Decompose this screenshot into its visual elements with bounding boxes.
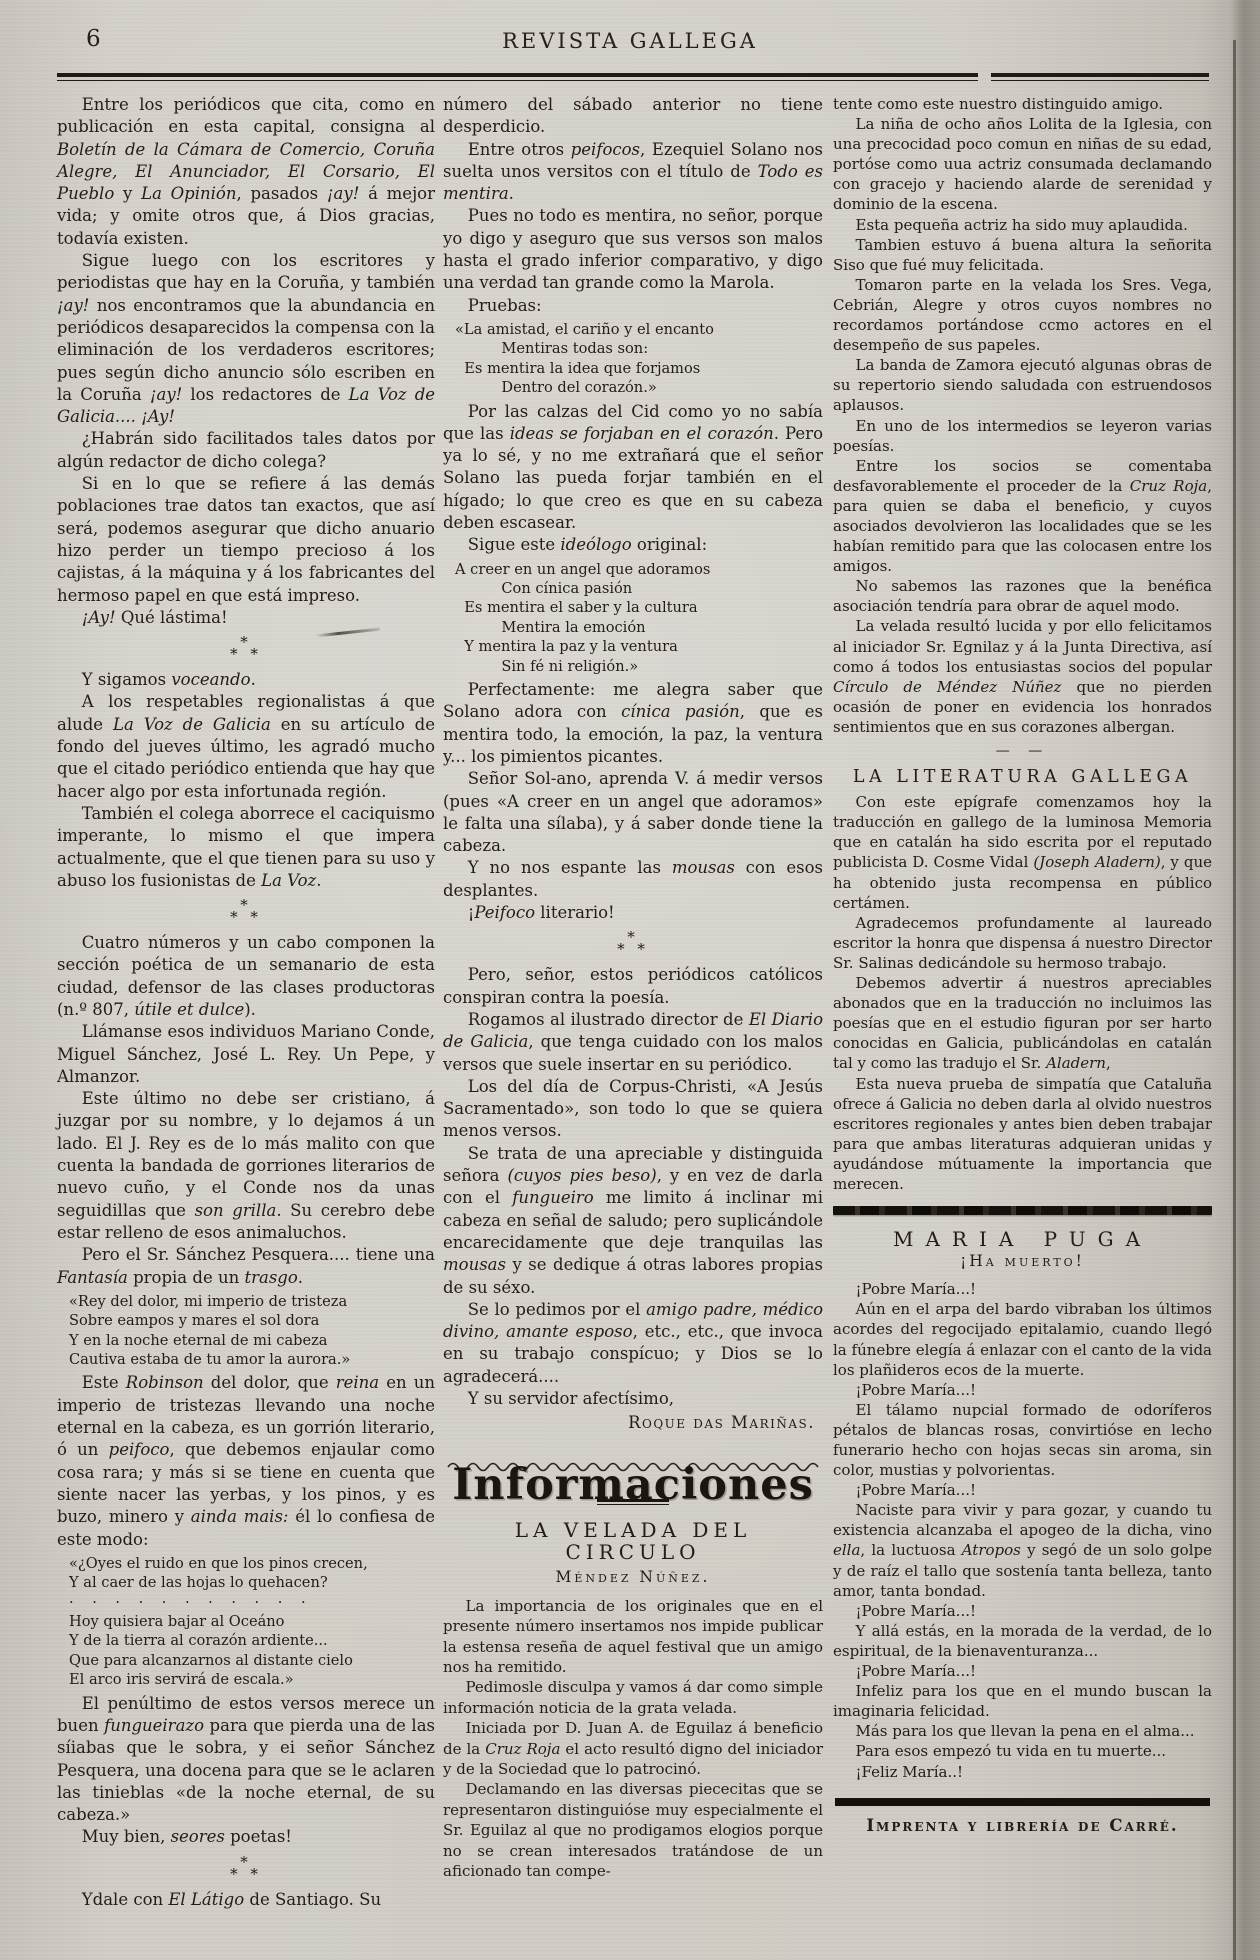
- imprint-line: Imprenta y librería de Carré.: [833, 1816, 1212, 1836]
- paragraph: La importancia de los originales que en …: [443, 1596, 823, 1678]
- paragraph: Sigue luego con los escritores y periodi…: [57, 250, 435, 428]
- paragraph: Cuatro números y un cabo componen la sec…: [57, 932, 435, 1021]
- paragraph: ¡Pobre María...!: [833, 1279, 1212, 1299]
- paragraph-continuation: tente como este nuestro distinguido amig…: [833, 94, 1212, 114]
- asterism-separator: ** *: [57, 1856, 435, 1880]
- paragraph: El penúltimo de estos versos merece un b…: [57, 1693, 435, 1827]
- paragraph: Infeliz para los que en el mundo buscan …: [833, 1681, 1212, 1721]
- paragraph: Más para los que llevan la pena en el al…: [833, 1721, 1212, 1741]
- paragraph: ¡Pobre María...!: [833, 1380, 1212, 1400]
- asterism-separator: ** *: [443, 931, 823, 955]
- paragraph: La banda de Zamora ejecutó algunas obras…: [833, 355, 1212, 415]
- paragraph: ¡Pobre María...!: [833, 1661, 1212, 1681]
- mottled-rule: [833, 1206, 1212, 1215]
- paragraph: Rogamos al ilustrado director de El Diar…: [443, 1009, 823, 1076]
- paragraph: ¡Feliz María..!: [833, 1762, 1212, 1782]
- paragraph: Esta nueva prueba de simpatía que Catalu…: [833, 1074, 1212, 1195]
- paragraph: Ydale con El Látigo de Santiago. Su: [57, 1889, 435, 1911]
- paragraph: Esta pequeña actriz ha sido muy aplaudid…: [833, 215, 1212, 235]
- page-edge-shadow: [1230, 0, 1260, 1960]
- paragraph: Señor Sol-ano, aprenda V. á medir versos…: [443, 768, 823, 857]
- paragraph: Con este epígrafe comenzamos hoy la trad…: [833, 792, 1212, 913]
- paragraph: No sabemos las razones que la benéfica a…: [833, 576, 1212, 616]
- paragraph: ¿Habrán sido facilitados tales datos por…: [57, 428, 435, 473]
- paragraph: Entre los socios se comentaba desfavorab…: [833, 456, 1212, 577]
- verse-lines: A creer en un angel que adoramos Con cín…: [455, 560, 823, 676]
- paragraph: El tálamo nupcial formado de odoríferos …: [833, 1400, 1212, 1480]
- signature: Roque das Mariñas.: [443, 1412, 823, 1434]
- paragraph: Naciste para vivir y para gozar, y cuand…: [833, 1500, 1212, 1600]
- paragraph: Se lo pedimos por el amigo padre, médico…: [443, 1299, 823, 1388]
- paragraph: Muy bien, seores poetas!: [57, 1826, 435, 1848]
- paragraph: Pues no todo es mentira, no señor, porqu…: [443, 205, 823, 294]
- thick-rule: [835, 1798, 1210, 1806]
- paragraph: Los del día de Corpus-Christi, «A Jesús …: [443, 1076, 823, 1143]
- paragraph: Se trata de una apreciable y distinguida…: [443, 1143, 823, 1299]
- paragraph: ¡Pobre María...!: [833, 1480, 1212, 1500]
- paragraph: ¡Pobre María...!: [833, 1601, 1212, 1621]
- paragraph: Y su servidor afectísimo,: [443, 1388, 823, 1410]
- paragraph: También el colega aborrece el caciquismo…: [57, 803, 435, 892]
- paragraph: Pero, señor, estos periódicos católicos …: [443, 964, 823, 1009]
- paragraph: Pedimosle disculpa y vamos á dar como si…: [443, 1677, 823, 1718]
- paragraph: Iniciada por D. Juan A. de Eguilaz á ben…: [443, 1718, 823, 1779]
- verse-lines: «¿Oyes el ruido en que los pinos crecen,…: [69, 1554, 435, 1690]
- verse-lines: «La amistad, el cariño y el encanto Ment…: [455, 320, 823, 398]
- text-column-3: tente como este nuestro distinguido amig…: [833, 94, 1212, 1836]
- article-subheading: ¡Ha muerto!: [833, 1251, 1212, 1271]
- section-display-heading: Informaciones: [443, 1474, 823, 1496]
- paragraph: En uno de los intermedios se leyeron var…: [833, 416, 1212, 456]
- article-heading: MARIA PUGA: [833, 1229, 1212, 1249]
- paragraph: Por las calzas del Cid como yo no sabía …: [443, 401, 823, 535]
- paragraph: Debemos advertir á nuestros apreciables …: [833, 973, 1212, 1073]
- paragraph: Llámanse esos individuos Mariano Conde, …: [57, 1021, 435, 1088]
- paragraph-continuation: número del sábado anterior no tiene desp…: [443, 94, 823, 139]
- text-column-1: Entre los periódicos que cita, como en p…: [57, 94, 435, 1911]
- paragraph: La velada resultó lucida y por ello feli…: [833, 616, 1212, 737]
- dash-rule: — —: [833, 741, 1212, 761]
- paragraph: Sigue este ideólogo original:: [443, 534, 823, 556]
- paragraph: Declamando en las diversas piececitas qu…: [443, 1779, 823, 1881]
- paragraph: Agradecemos profundamente al laureado es…: [833, 913, 1212, 973]
- paragraph: Y allá estás, en la morada de la verdad,…: [833, 1621, 1212, 1661]
- text-column-2: número del sábado anterior no tiene desp…: [443, 94, 823, 1881]
- article-heading: LA LITERATURA GALLEGA: [833, 767, 1212, 787]
- article-subheading: Méndez Núñez.: [443, 1566, 823, 1588]
- paragraph: Y sigamos voceando.: [57, 669, 435, 691]
- article-heading: LA VELADA DEL CIRCULO: [443, 1519, 823, 1564]
- asterism-separator: ** *: [57, 899, 435, 923]
- paragraph: Pruebas:: [443, 295, 823, 317]
- paragraph: ¡Ay! Qué lástima!: [57, 607, 435, 629]
- header-rule-left: [57, 73, 978, 81]
- newspaper-title: REVISTA GALLEGA: [0, 29, 1260, 53]
- paragraph: Pero el Sr. Sánchez Pesquera.... tiene u…: [57, 1244, 435, 1289]
- paragraph: Este último no debe ser cristiano, á juz…: [57, 1088, 435, 1244]
- asterism-separator: ** *: [57, 636, 435, 660]
- paragraph: Este Robinson del dolor, que reina en un…: [57, 1372, 435, 1550]
- paragraph: ¡Peifoco literario!: [443, 902, 823, 924]
- paragraph: Tambien estuvo á buena altura la señorit…: [833, 235, 1212, 275]
- paragraph: Perfectamente: me alegra saber que Solan…: [443, 679, 823, 768]
- paragraph: Y no nos espante las mousas con esos des…: [443, 857, 823, 902]
- header-rule-right: [991, 73, 1209, 81]
- paragraph: Para esos empezó tu vida en tu muerte...: [833, 1741, 1212, 1761]
- paragraph: Tomaron parte en la velada los Sres. Veg…: [833, 275, 1212, 355]
- paragraph: Aún en el arpa del bardo vibraban los úl…: [833, 1299, 1212, 1379]
- paragraph: Si en lo que se refiere á las demás pobl…: [57, 473, 435, 607]
- paragraph: Entre los periódicos que cita, como en p…: [57, 94, 435, 250]
- paragraph: La niña de ocho años Lolita de la Iglesi…: [833, 114, 1212, 214]
- paragraph: Entre otros peifocos, Ezequiel Solano no…: [443, 139, 823, 206]
- verse-lines: «Rey del dolor, mi imperio de tristeza S…: [69, 1292, 435, 1370]
- paragraph: A los respetables regionalistas á que al…: [57, 691, 435, 802]
